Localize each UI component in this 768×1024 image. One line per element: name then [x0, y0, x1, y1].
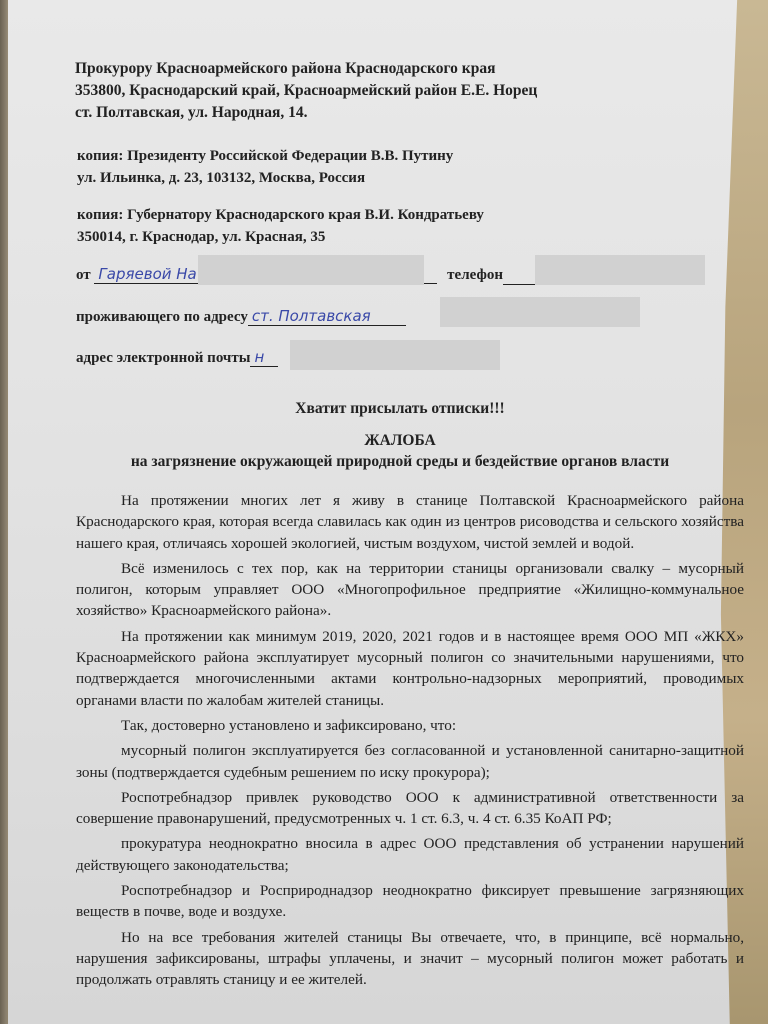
redacted-name [198, 255, 424, 285]
addressee-line: Прокурору Красноармейского района Красно… [75, 58, 537, 80]
phone-label: телефон [447, 267, 503, 283]
list-item: мусорный полигон эксплуатируется без сог… [76, 740, 744, 783]
list-item: Роспотребнадзор привлек руководство ООО … [76, 787, 744, 830]
slogan: Хватит присылать отписки!!! [60, 400, 740, 418]
copy-president-block: копия: Президенту Российской Федерации В… [77, 145, 453, 189]
copy-governor-block: копия: Губернатору Краснодарского края В… [77, 204, 484, 248]
document-title: ЖАЛОБА [60, 432, 740, 450]
complaint-document: Прокурору Красноармейского района Красно… [0, 0, 768, 1024]
list-item: Роспотребнадзор и Росприроднадзор неодно… [76, 880, 744, 923]
paragraph: Всё изменилось с тех пор, как на террито… [76, 558, 744, 622]
sender-address-field: проживающего по адресуст. Полтавская [76, 307, 406, 326]
paragraph: На протяжении как минимум 2019, 2020, 20… [76, 626, 744, 711]
email-label: адрес электронной почты [76, 350, 250, 366]
addressee-block: Прокурору Красноармейского района Красно… [75, 58, 537, 124]
complaint-body: На протяжении многих лет я живу в станиц… [76, 490, 744, 991]
addressee-line: 353800, Краснодарский край, Красноармейс… [75, 80, 537, 102]
list-item: прокуратура неоднократно вносила в адрес… [76, 833, 744, 876]
paragraph: На протяжении многих лет я живу в станиц… [76, 490, 744, 554]
copy-line: копия: Президенту Российской Федерации В… [77, 145, 453, 167]
copy-line: 350014, г. Краснодар, ул. Красная, 35 [77, 226, 484, 248]
address-value: ст. Полтавская [248, 307, 406, 326]
from-label: от [76, 267, 91, 283]
addressee-line: ст. Полтавская, ул. Народная, 14. [75, 102, 537, 124]
redacted-address [440, 297, 640, 327]
redacted-phone [535, 255, 705, 285]
copy-line: ул. Ильинка, д. 23, 103132, Москва, Росс… [77, 167, 453, 189]
paragraph: Но на все требования жителей станицы Вы … [76, 927, 744, 991]
document-subtitle: на загрязнение окружающей природной сред… [60, 453, 740, 471]
address-label: проживающего по адресу [76, 309, 248, 325]
sender-email-field: адрес электронной почтын [76, 348, 278, 367]
paragraph: Так, достоверно установлено и зафиксиров… [76, 715, 744, 736]
copy-line: копия: Губернатору Краснодарского края В… [77, 204, 484, 226]
redacted-email [290, 340, 500, 370]
email-value: н [250, 348, 278, 367]
